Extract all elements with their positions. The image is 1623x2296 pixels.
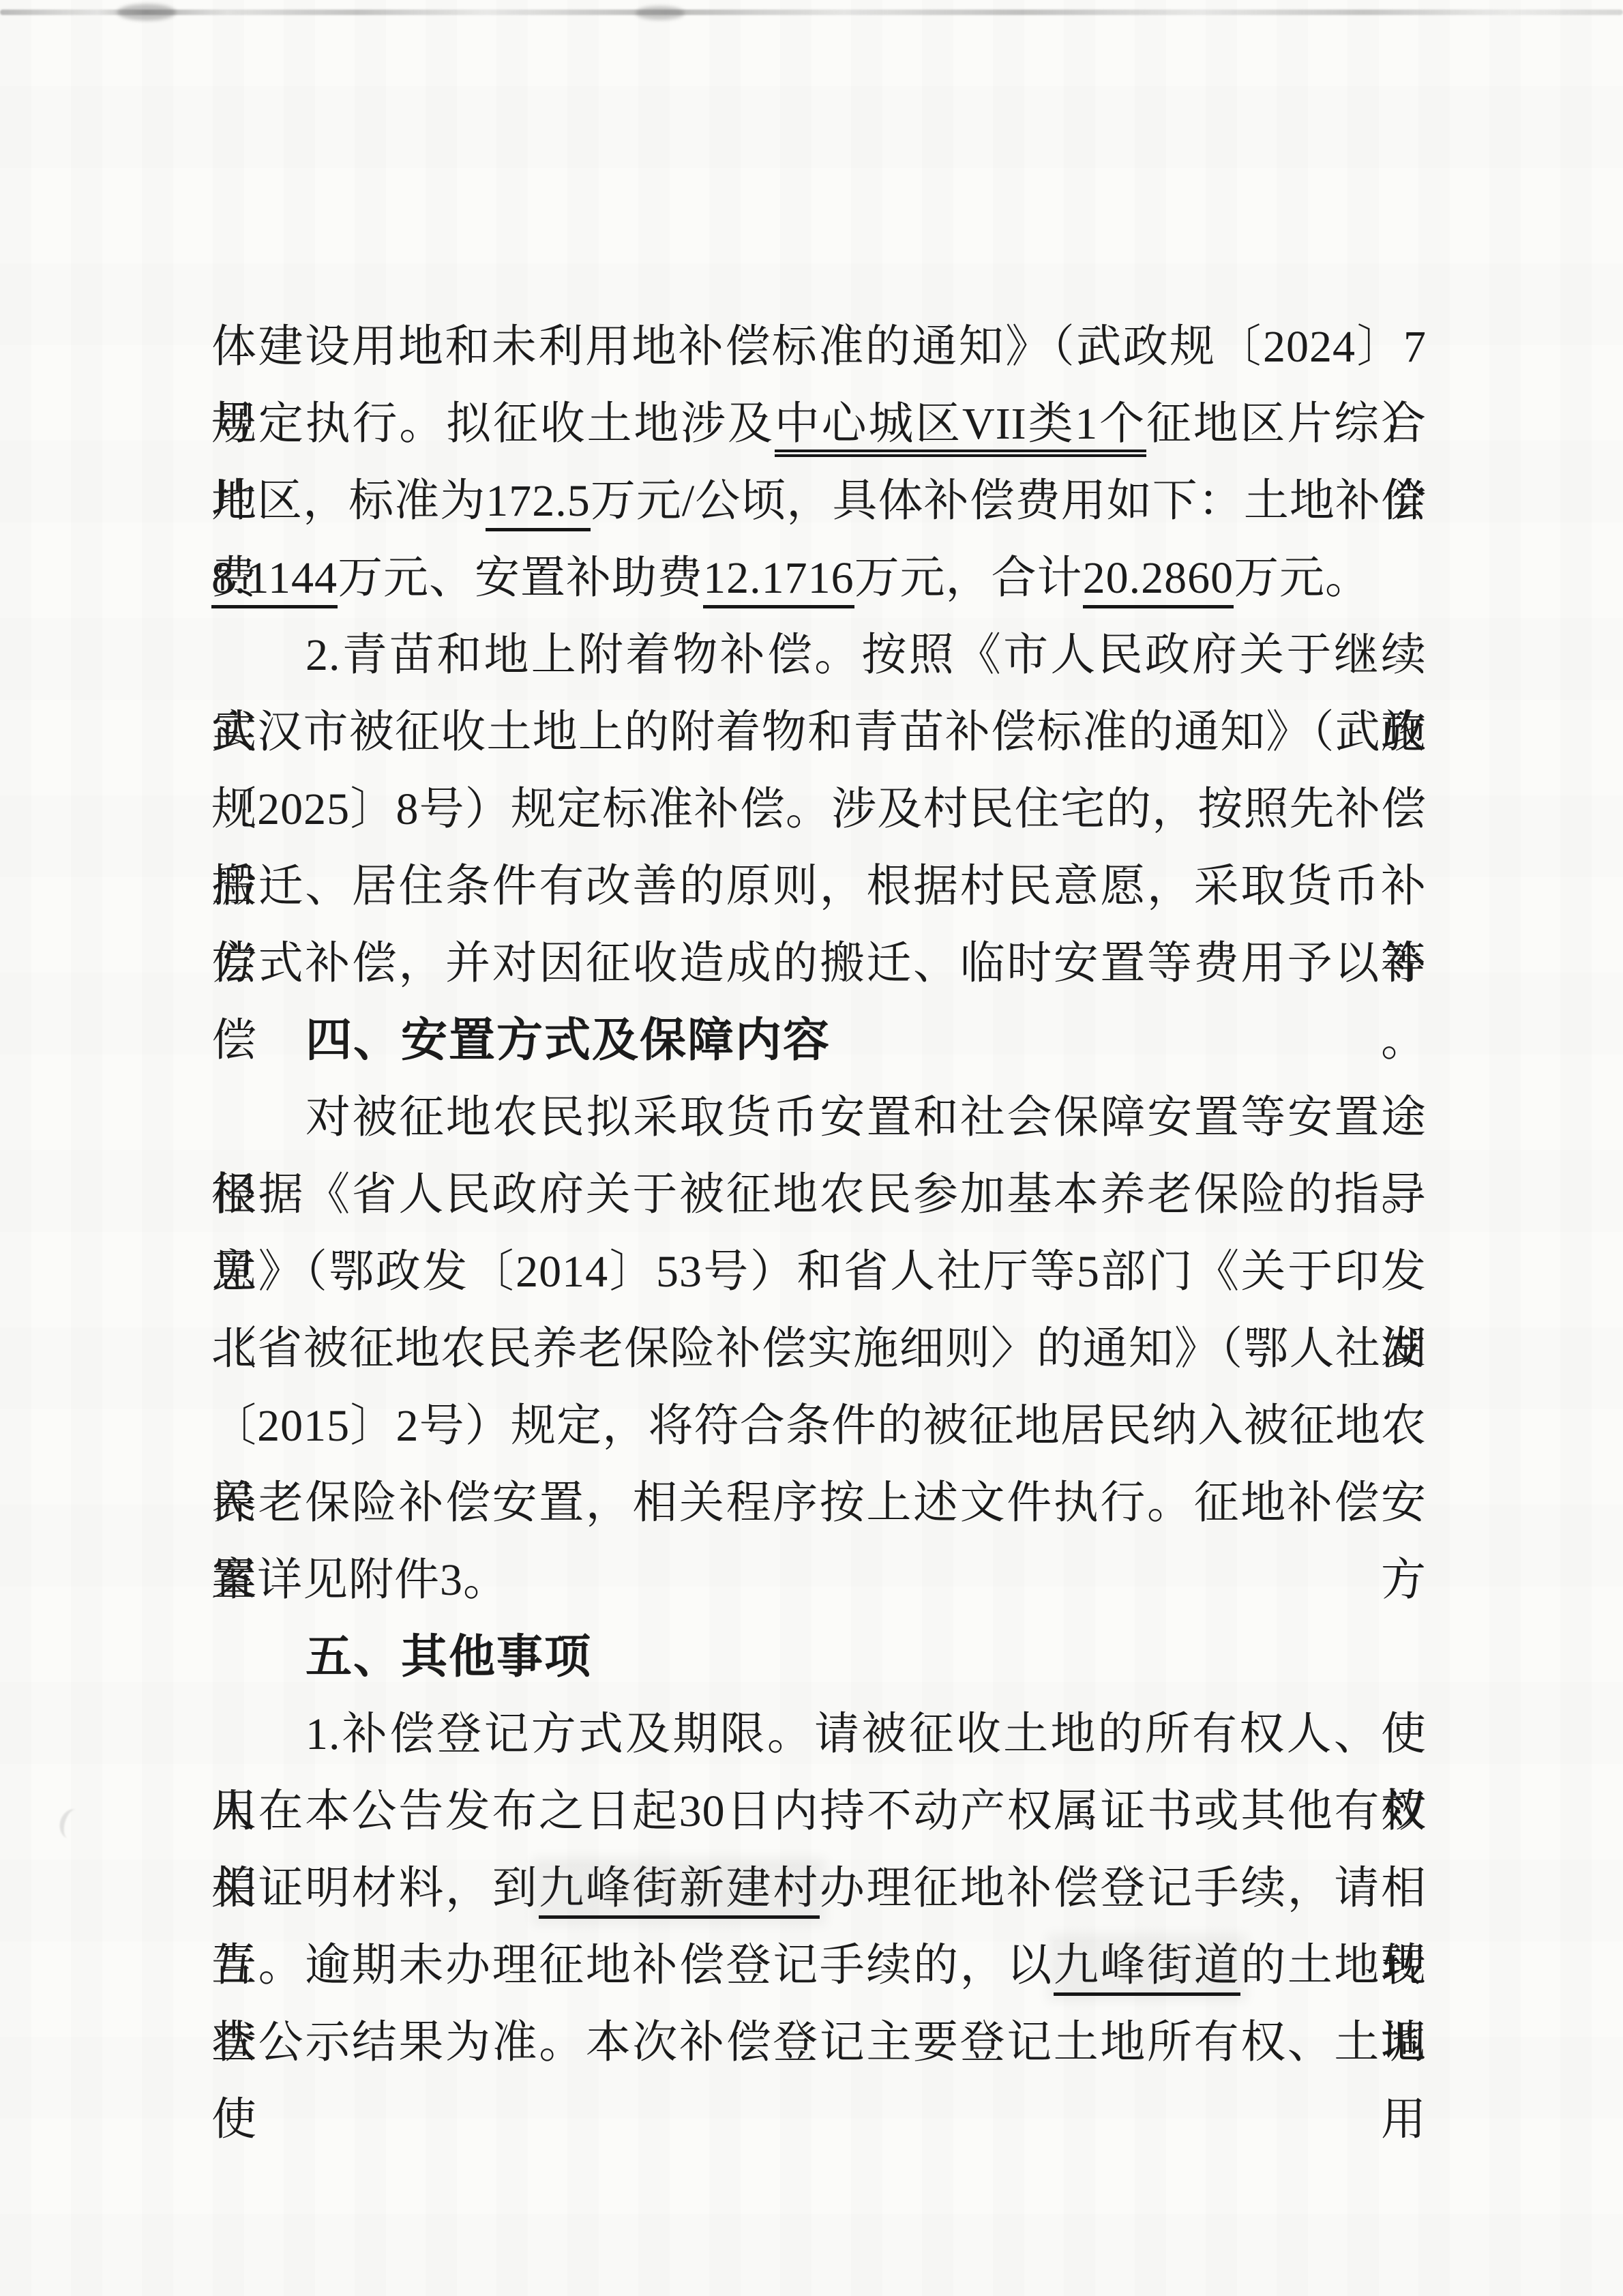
text-segment: 规定执行。拟征收土地涉及	[211, 399, 775, 449]
document-body: 体建设用地和未利用地补偿标准的通知》（武政规〔2024〕7号）规定执行。拟征收土…	[211, 308, 1427, 2081]
text-line: 对被征地农民拟采取货币安置和社会保障安置等安置途径。	[211, 1079, 1427, 1156]
underlined-text: 中心城区VII类1个	[775, 399, 1146, 457]
text-line: 告。逾期未办理征地补偿登记手续的，以九峰街道的土地现状调	[211, 1927, 1427, 2004]
underlined-text: 九峰街新建村	[539, 1864, 820, 1919]
text-segment: 北省被征地农民养老保险补偿实施细则〉的通知》（鄂人社发	[211, 1324, 1427, 1374]
text-segment: 万元。	[1234, 553, 1371, 603]
underlined-text: 20.2860	[1083, 553, 1234, 608]
text-line: 1.补偿登记方式及期限。请被征收土地的所有权人、使用权	[211, 1696, 1427, 1773]
text-line: 体建设用地和未利用地补偿标准的通知》（武政规〔2024〕7号）	[211, 308, 1427, 385]
text-line: 关证明材料，到九峰街新建村办理征地补偿登记手续，请相互转	[211, 1850, 1427, 1927]
text-line: 〔2015〕2号）规定，将符合条件的被征地居民纳入被征地农民	[211, 1387, 1427, 1465]
text-segment: 片区，标准为	[211, 476, 486, 526]
text-segment: 万元，合计	[854, 553, 1083, 603]
underlined-text: 12.1716	[703, 553, 854, 608]
text-line: 规定执行。拟征收土地涉及中心城区VII类1个征地区片综合地价	[211, 385, 1427, 462]
underlined-text: 九峰街道	[1054, 1941, 1240, 1996]
text-line: 武汉市被征收土地上的附着物和青苗补偿标准的通知》（武政规	[211, 694, 1427, 771]
text-segment: 五、其他事项	[306, 1631, 592, 1683]
section-heading: 五、其他事项	[211, 1619, 1427, 1696]
text-line: 2.青苗和地上附着物补偿。按照《市人民政府关于继续实施	[211, 617, 1427, 694]
underlined-text: 8.1144	[211, 553, 338, 608]
text-segment: 告。逾期未办理征地补偿登记手续的，以	[211, 1941, 1054, 1990]
text-line: 方式补偿，并对因征收造成的搬迁、临时安置等费用予以补偿。	[211, 925, 1427, 1002]
scan-artifact-smudge	[636, 6, 685, 20]
text-line: 查公示结果为准。本次补偿登记主要登记土地所有权、土地使用	[211, 2004, 1427, 2081]
text-line: 根据《省人民政府关于被征地农民参加基本养老保险的指导意	[211, 1156, 1427, 1233]
text-line: 搬迁、居住条件有改善的原则，根据村民意愿，采取货币补偿等	[211, 848, 1427, 925]
scan-artifact-smudge	[117, 4, 176, 20]
text-segment: 关证明材料，到	[211, 1864, 539, 1913]
text-line: 见》（鄂政发〔2014〕53号）和省人社厅等5部门《关于印发〈湖	[211, 1233, 1427, 1310]
text-segment: 万元、安置补助费	[338, 553, 703, 603]
scan-artifact-top-line	[0, 10, 1623, 15]
text-line: 〔2025〕8号）规定标准补偿。涉及村民住宅的，按照先补偿后	[211, 771, 1427, 848]
underlined-text: 172.5	[486, 476, 591, 531]
text-segment: 案详见附件3。	[211, 1555, 509, 1605]
text-line: 片区，标准为172.5万元/公顷，具体补偿费用如下：土地补偿费	[211, 462, 1427, 540]
text-line: 8.1144万元、安置补助费12.1716万元，合计20.2860万元。	[211, 540, 1427, 617]
document-page: 体建设用地和未利用地补偿标准的通知》（武政规〔2024〕7号）规定执行。拟征收土…	[0, 0, 1623, 2296]
scan-artifact-margin-mark	[57, 1806, 88, 1842]
text-segment: 查公示结果为准。本次补偿登记主要登记土地所有权、土地使用	[211, 2018, 1427, 2145]
text-line: 人在本公告发布之日起30日内持不动产权属证书或其他有效相	[211, 1773, 1427, 1850]
text-line: 北省被征地农民养老保险补偿实施细则〉的通知》（鄂人社发	[211, 1310, 1427, 1387]
text-line: 养老保险补偿安置，相关程序按上述文件执行。征地补偿安置方	[211, 1465, 1427, 1542]
text-segment: 四、安置方式及保障内容	[306, 1014, 831, 1066]
